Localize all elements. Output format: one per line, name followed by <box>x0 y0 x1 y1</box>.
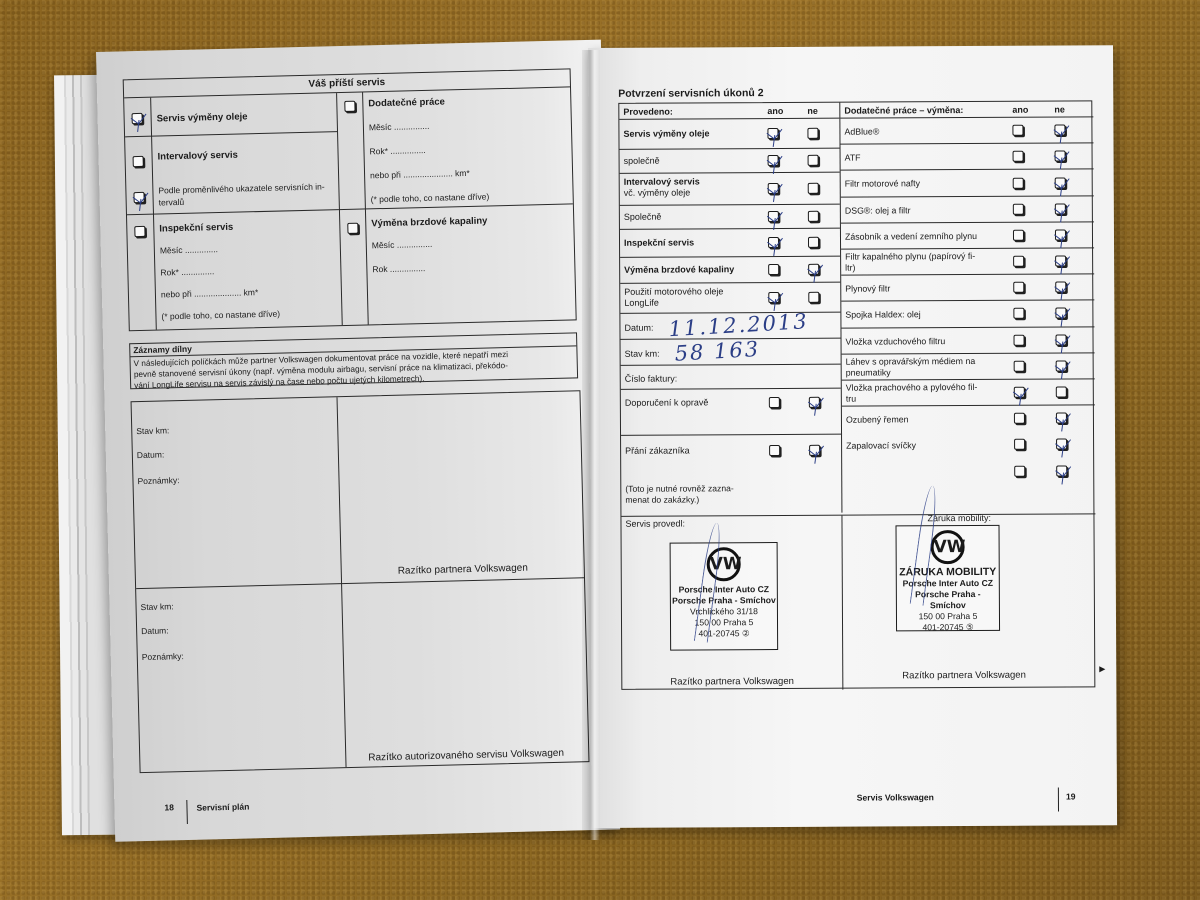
additional-yes-checkbox[interactable] <box>1014 465 1025 476</box>
record-2-date-label: Datum: <box>141 625 169 636</box>
mobility-stamp: VW ZÁRUKA MOBILITY Porsche Inter Auto CZ… <box>896 525 1001 632</box>
next-additional-note: (* podle toho, co nastane dříve) <box>371 191 490 204</box>
next-inspection-label: Inspekční servis <box>159 222 233 235</box>
additional-no-checkbox[interactable] <box>1055 256 1066 267</box>
performed-row-sublabel: LongLife <box>624 298 659 308</box>
additional-row-label: Spojka Haldex: olej <box>845 310 920 320</box>
customer-request-row: Přání zákazníka (Toto je nutné rovněž za… <box>621 435 841 508</box>
additional-no-checkbox[interactable] <box>1055 203 1066 214</box>
performed-yes-checkbox[interactable] <box>767 128 778 139</box>
additional-no-checkbox[interactable] <box>1056 334 1067 345</box>
additional-no-checkbox[interactable] <box>1055 282 1066 293</box>
repair-recommendation-row: Doporučení k opravě <box>621 389 841 436</box>
additional-yes-checkbox[interactable] <box>1013 282 1024 293</box>
additional-header: Dodatečné práce – výměna: ano ne <box>840 101 1093 118</box>
next-brake-fluid-month: Měsíc ............... <box>372 239 433 250</box>
next-brake-fluid-label: Výměna brzdové kapaliny <box>371 215 487 229</box>
next-additional-year: Rok* ............... <box>369 145 425 156</box>
record-2-notes-label: Poznámky: <box>142 651 184 662</box>
additional-row: Ozubený řemen <box>842 405 1095 433</box>
next-inspection-km: nebo při .................... km* <box>161 287 259 299</box>
additional-row: DSG®: olej a filtr <box>841 196 1094 224</box>
performed-row: Výměna brzdové kapaliny <box>620 257 840 284</box>
next-service-title: Váš příští servis <box>124 69 570 98</box>
next-additional-km: nebo při ..................... km* <box>370 168 470 180</box>
additional-row-label: Zapalovací svíčky <box>846 441 916 451</box>
repair-recommendation-no-checkbox[interactable] <box>809 397 820 408</box>
additional-row-label: Filtr motorové nafty <box>845 179 920 189</box>
invoice-row: Číslo faktury: <box>621 365 841 390</box>
next-oil-change-label: Servis výměny oleje <box>157 111 248 124</box>
additional-row: Vložka vzduchového filtru <box>841 327 1094 355</box>
next-variable-indicator-label-2: tervalů <box>159 197 185 208</box>
performed-row: Společně <box>620 205 840 230</box>
record-1-km-label: Stav km: <box>136 425 169 436</box>
record-1-date-label: Datum: <box>137 449 165 460</box>
additional-row-sublabel: ltr) <box>845 263 855 273</box>
next-additional-work-checkbox[interactable] <box>344 101 355 112</box>
performed-row-label: Servis výměny oleje <box>623 128 709 138</box>
additional-no-checkbox[interactable] <box>1056 360 1067 371</box>
additional-yes-checkbox[interactable] <box>1013 203 1024 214</box>
stamps-section: Servis provedl: VW Porsche Inter Auto CZ… <box>621 513 1096 690</box>
page-18: Váš příští servis Servis výměny oleje In… <box>96 40 620 842</box>
performed-no-checkbox[interactable] <box>807 128 818 139</box>
additional-row-sublabel: pneumatiky <box>846 367 891 377</box>
customer-request-no-checkbox[interactable] <box>809 445 820 456</box>
additional-no-checkbox[interactable] <box>1056 386 1067 397</box>
record-1-stamp-label: Razítko partnera Volkswagen <box>398 563 528 577</box>
additional-row: Láhev s opravářským médiem napneumatiky <box>842 353 1095 381</box>
next-additional-work-label: Dodatečné práce <box>368 96 445 109</box>
additional-no-checkbox[interactable] <box>1055 229 1066 240</box>
additional-row: Vložka prachového a pylového fil-tru <box>842 379 1095 407</box>
additional-row-label: Plynový filtr <box>845 284 890 294</box>
additional-row-sublabel: tru <box>846 393 856 403</box>
next-oil-change-checkbox[interactable] <box>132 113 143 124</box>
additional-row: Spojka Haldex: olej <box>841 301 1094 329</box>
mobility-caption: Razítko partnera Volkswagen <box>902 670 1026 682</box>
additional-row: Filtr kapalného plynu (papírový fi-ltr) <box>841 248 1094 276</box>
additional-row: AdBlue® <box>840 117 1093 145</box>
performed-row: Intervalový servisvč. výměny oleje <box>620 173 840 206</box>
repair-recommendation-yes-checkbox[interactable] <box>769 397 780 408</box>
additional-yes-checkbox[interactable] <box>1013 151 1024 162</box>
additional-yes-checkbox[interactable] <box>1013 177 1024 188</box>
footer-section: Servisní plán <box>196 801 249 812</box>
additional-no-checkbox[interactable] <box>1056 465 1067 476</box>
additional-row: Filtr motorové nafty <box>841 170 1094 198</box>
additional-row: Zásobník a vedení zemního plynu <box>841 222 1094 250</box>
performed-row-label: Výměna brzdové kapaliny <box>624 264 734 275</box>
performed-no-checkbox[interactable] <box>808 183 819 194</box>
date-row: Datum: 11.12.2013 <box>620 313 840 340</box>
additional-yes-checkbox[interactable] <box>1014 387 1025 398</box>
performed-no-checkbox[interactable] <box>808 155 819 166</box>
record-2-km-label: Stav km: <box>140 601 173 612</box>
performed-yes-checkbox[interactable] <box>768 211 779 222</box>
page-19: Potvrzení servisních úkonů 2 Provedeno: … <box>588 45 1117 828</box>
performed-no-checkbox[interactable] <box>808 237 819 248</box>
additional-row-label: Vložka vzduchového filtru <box>846 336 946 347</box>
record-2-stamp-label: Razítko autorizovaného servisu Volkswage… <box>368 748 564 764</box>
performed-row: společně <box>620 149 840 174</box>
additional-row-label: Ozubený řemen <box>846 414 909 424</box>
additional-row-label: Filtr kapalného plynu (papírový fi- <box>845 251 975 262</box>
additional-row <box>842 458 1095 486</box>
additional-no-checkbox[interactable] <box>1056 439 1067 450</box>
workshop-records-grid: Stav km: Datum: Poznámky: Razítko partne… <box>131 390 590 773</box>
additional-work-table: Dodatečné práce – výměna: ano ne AdBlue®… <box>840 101 1095 485</box>
page-number: 19 <box>1066 791 1076 801</box>
mileage-value[interactable]: 58 163 <box>674 337 761 366</box>
footer-section: Servis Volkswagen <box>857 792 934 802</box>
additional-row-label: DSG®: olej a filtr <box>845 205 911 215</box>
confirmation-title: Potvrzení servisních úkonů 2 <box>618 87 763 100</box>
performed-header: Provedeno: ano ne <box>619 103 839 120</box>
additional-yes-checkbox[interactable] <box>1014 361 1025 372</box>
next-brake-fluid-year: Rok ............... <box>372 263 425 274</box>
performed-row-label: Inspekční servis <box>624 237 694 247</box>
additional-no-checkbox[interactable] <box>1054 125 1065 136</box>
next-interval-label: Intervalový servis <box>157 150 238 163</box>
date-value[interactable]: 11.12.2013 <box>668 309 809 341</box>
performed-row-label: Společně <box>624 212 662 222</box>
mobility-label: Záruka mobility: <box>927 513 991 523</box>
record-1-notes-label: Poznámky: <box>137 475 179 486</box>
additional-row-label: Vložka prachového a pylového fil- <box>846 382 978 393</box>
additional-row: Plynový filtr <box>841 274 1094 302</box>
additional-yes-checkbox[interactable] <box>1013 308 1024 319</box>
additional-row: Zapalovací svíčky <box>842 432 1095 460</box>
performed-row-label: společně <box>624 156 660 166</box>
continue-arrow-icon: ▶ <box>1099 664 1105 673</box>
next-variable-indicator-label-1: Podle proměnlivého ukazatele servisních … <box>158 181 325 195</box>
additional-no-checkbox[interactable] <box>1055 177 1066 188</box>
customer-request-yes-checkbox[interactable] <box>769 445 780 456</box>
next-variable-indicator-checkbox[interactable] <box>133 192 144 203</box>
page-number: 18 <box>164 802 174 812</box>
performed-table: Provedeno: ano ne Servis výměny olejespo… <box>619 103 841 508</box>
service-by-caption: Razítko partnera Volkswagen <box>670 676 794 688</box>
additional-row-label: Láhev s opravářským médiem na <box>846 356 976 367</box>
next-service-box: Váš příští servis Servis výměny oleje In… <box>123 68 577 331</box>
performed-yes-checkbox[interactable] <box>768 237 779 248</box>
performed-row-label: Intervalový servis <box>624 176 700 186</box>
next-inspection-note: (* podle toho, co nastane dříve) <box>161 309 280 322</box>
dealer-stamp: VW Porsche Inter Auto CZ Porsche Praha -… <box>670 542 779 651</box>
additional-no-checkbox[interactable] <box>1056 413 1067 424</box>
mileage-row: Stav km: 58 163 <box>621 339 841 366</box>
additional-row: ATF <box>841 144 1094 172</box>
service-by-label: Servis provedl: <box>625 518 685 528</box>
performed-row: Inspekční servis <box>620 229 840 258</box>
performed-yes-checkbox[interactable] <box>768 264 779 275</box>
performed-row-sublabel: vč. výměny oleje <box>624 187 691 197</box>
service-confirmation-form: Provedeno: ano ne Servis výměny olejespo… <box>618 100 1095 689</box>
additional-yes-checkbox[interactable] <box>1014 413 1025 424</box>
additional-row-label: AdBlue® <box>844 126 879 136</box>
performed-no-checkbox[interactable] <box>808 211 819 222</box>
additional-row-label: Zásobník a vedení zemního plynu <box>845 231 977 242</box>
next-brake-fluid-checkbox[interactable] <box>347 223 358 234</box>
next-inspection-year: Rok* .............. <box>160 266 214 277</box>
additional-yes-checkbox[interactable] <box>1012 125 1023 136</box>
performed-row: Servis výměny oleje <box>619 119 839 150</box>
performed-yes-checkbox[interactable] <box>768 183 779 194</box>
next-inspection-checkbox[interactable] <box>134 226 145 237</box>
performed-yes-checkbox[interactable] <box>768 292 779 303</box>
additional-yes-checkbox[interactable] <box>1014 439 1025 450</box>
additional-row-label: ATF <box>845 153 861 163</box>
workshop-records-header: Záznamy dílny V následujících políčkách … <box>129 332 578 389</box>
additional-no-checkbox[interactable] <box>1055 151 1066 162</box>
additional-no-checkbox[interactable] <box>1055 308 1066 319</box>
additional-yes-checkbox[interactable] <box>1013 256 1024 267</box>
next-inspection-month: Měsíc .............. <box>160 244 218 255</box>
next-additional-month: Měsíc ............... <box>369 121 430 132</box>
next-interval-checkbox[interactable] <box>133 156 144 167</box>
performed-no-checkbox[interactable] <box>808 292 819 303</box>
performed-yes-checkbox[interactable] <box>768 155 779 166</box>
additional-yes-checkbox[interactable] <box>1014 334 1025 345</box>
vw-logo-icon: VW <box>931 530 965 564</box>
additional-yes-checkbox[interactable] <box>1013 230 1024 241</box>
performed-no-checkbox[interactable] <box>808 264 819 275</box>
performed-row-label: Použití motorového oleje <box>624 286 723 297</box>
